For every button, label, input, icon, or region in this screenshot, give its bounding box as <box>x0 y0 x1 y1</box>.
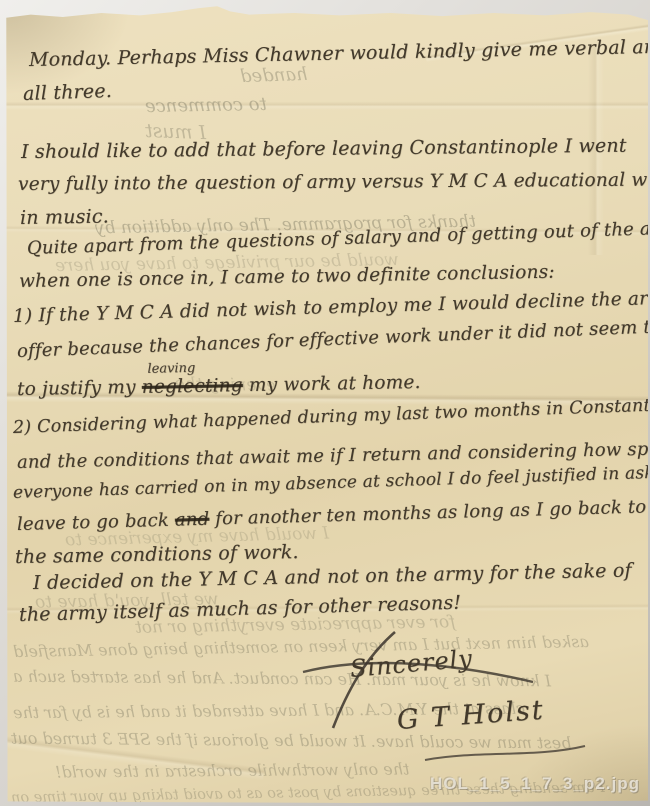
line-segment: my work at home. <box>243 372 421 396</box>
line-segment: leave to go back <box>17 510 175 535</box>
handwritten-line: very fully into the question of army ver… <box>18 169 650 195</box>
inserted-word: leaving <box>147 361 195 377</box>
struck-word: and <box>175 509 210 531</box>
correction: neglectingleaving <box>142 375 243 398</box>
handwritten-line: Quite apart from the questions of salary… <box>27 217 650 259</box>
struck-word: neglecting <box>142 375 243 398</box>
bleedthrough-line: to commence <box>145 94 267 117</box>
filename-watermark: HOL_1_5_1_7_3_p2.jpg <box>430 774 640 794</box>
handwritten-line: when one is once in, I came to two defin… <box>19 262 555 292</box>
handwritten-line-with-correction: to justify my neglectingleaving my work … <box>17 372 421 400</box>
line-segment: to justify my <box>17 377 142 400</box>
line-segment: for another ten months as long as I go b… <box>209 496 647 529</box>
handwritten-line: Monday. Perhaps Miss Chawner would kindl… <box>29 34 650 71</box>
bleedthrough-line: handed <box>240 64 308 87</box>
signature-holst: G T Holst <box>396 695 546 736</box>
letter-page: handed to commence I must thanks for pro… <box>5 5 648 803</box>
bleedthrough-line: the only worthwhile orchestra in the wor… <box>55 759 410 781</box>
correction: and <box>175 509 210 531</box>
handwritten-line: all three. <box>23 80 113 105</box>
pen-flourish <box>285 620 605 780</box>
handwritten-line: 2) Considering what happened during my l… <box>13 394 650 438</box>
handwritten-line: in music. <box>20 205 109 229</box>
closing-sincerely: Sincerely <box>349 644 474 683</box>
handwritten-line: the army itself as much as for other rea… <box>19 592 462 626</box>
handwritten-line: I should like to add that before leaving… <box>21 135 627 163</box>
paper-crease <box>0 723 266 787</box>
bleedthrough-line: best man we could have. It would be glor… <box>11 729 572 753</box>
handwritten-line: the same conditions of work. <box>15 541 299 568</box>
bleedthrough-line: asked him next but I am very keen on som… <box>13 632 589 661</box>
handwritten-line-with-correction: leave to go back and for another ten mon… <box>17 496 647 535</box>
